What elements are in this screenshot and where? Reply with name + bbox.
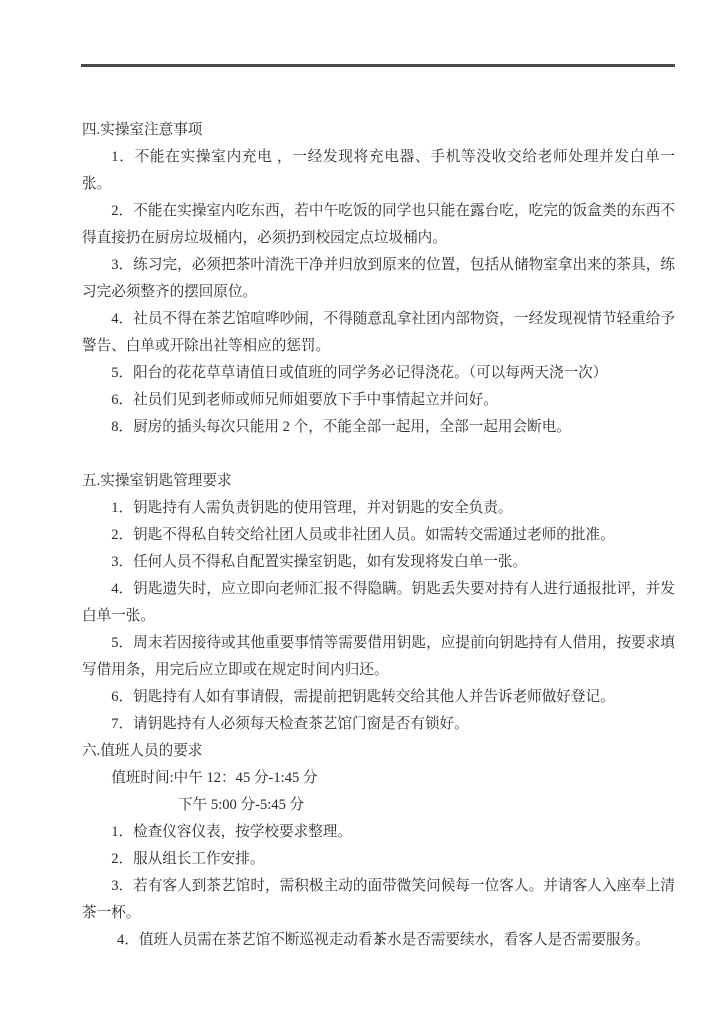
list-item: 7．请钥匙持有人必须每天检查茶艺馆门窗是否有锁好。 — [82, 711, 675, 738]
list-item: 6．钥匙持有人如有事请假，需提前把钥匙转交给其他人并告诉老师做好登记。 — [82, 684, 675, 711]
page-number: 3 — [82, 931, 675, 949]
list-item: 2．钥匙不得私自转交给社团人员或非社团人员。如需转交需通过老师的批准。 — [82, 522, 675, 549]
section-heading: 四.实操室注意事项 — [82, 117, 675, 144]
section-key-management: 五.实操室钥匙管理要求 1．钥匙持有人需负责钥匙的使用管理，并对钥匙的安全负责。… — [82, 468, 675, 738]
list-item: 2．不能在实操室内吃东西，若中午吃饭的同学也只能在露台吃，吃完的饭盒类的东西不得… — [82, 198, 675, 252]
list-item: 1．不能在实操室内充电 ，一经发现将充电器、手机等没收交给老师处理并发白单一张。 — [82, 144, 675, 198]
duty-time-line: 值班时间:中午 12：45 分-1:45 分 — [82, 765, 675, 792]
document-page: 四.实操室注意事项 1．不能在实操室内充电 ，一经发现将充电器、手机等没收交给老… — [0, 0, 724, 1024]
document-body: 四.实操室注意事项 1．不能在实操室内充电 ，一经发现将充电器、手机等没收交给老… — [82, 117, 675, 954]
blank-line — [82, 441, 675, 468]
list-item: 3．任何人员不得私自配置实操室钥匙，如有发现将发白单一张。 — [82, 549, 675, 576]
section-practice-room-notes: 四.实操室注意事项 1．不能在实操室内充电 ，一经发现将充电器、手机等没收交给老… — [82, 117, 675, 441]
list-item: 3．若有客人到茶艺馆时，需积极主动的面带微笑问候每一位客人。并请客人入座奉上清茶… — [82, 873, 675, 927]
section-heading: 六.值班人员的要求 — [82, 738, 675, 765]
section-heading: 五.实操室钥匙管理要求 — [82, 468, 675, 495]
list-item: 8．厨房的插头每次只能用 2 个，不能全部一起用，全部一起用会断电。 — [82, 414, 675, 441]
section-duty-staff-requirements: 六.值班人员的要求 值班时间:中午 12：45 分-1:45 分 下午 5:00… — [82, 738, 675, 954]
list-item: 6．社员们见到老师或师兄师姐要放下手中事情起立并问好。 — [82, 387, 675, 414]
list-item: 3．练习完，必须把茶叶清洗干净并归放到原来的位置，包括从储物室拿出来的茶具，练习… — [82, 252, 675, 306]
duty-time-line: 下午 5:00 分-5:45 分 — [82, 792, 675, 819]
list-item: 1．钥匙持有人需负责钥匙的使用管理，并对钥匙的安全负责。 — [82, 495, 675, 522]
list-item: 4．钥匙遗失时，应立即向老师汇报不得隐瞒。钥匙丢失要对持有人进行通报批评，并发白… — [82, 576, 675, 630]
list-item: 1．检查仪容仪表，按学校要求整理。 — [82, 819, 675, 846]
list-item: 4．社员不得在茶艺馆喧哗吵闹，不得随意乱拿社团内部物资，一经发现视情节轻重给予警… — [82, 306, 675, 360]
list-item: 5．周末若因接待或其他重要事情等需要借用钥匙，应提前向钥匙持有人借用，按要求填写… — [82, 630, 675, 684]
header-rule — [81, 64, 675, 67]
list-item: 5．阳台的花花草草请值日或值班的同学务必记得浇花。（可以每两天浇一次） — [82, 360, 675, 387]
list-item: 2．服从组长工作安排。 — [82, 846, 675, 873]
